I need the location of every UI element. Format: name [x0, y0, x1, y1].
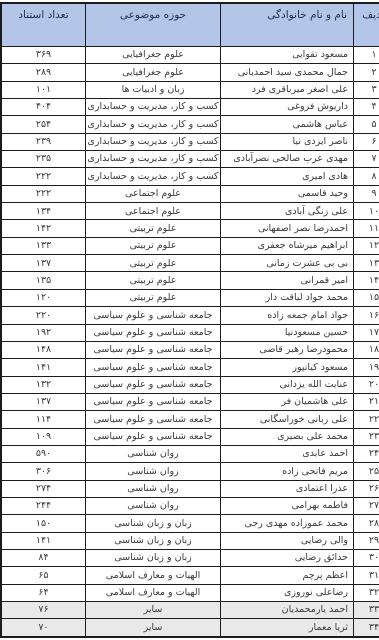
rank-cell: ۱۰ — [335, 203, 377, 220]
citations-cell: ۱۰۹ — [0, 428, 67, 445]
name-cell: مهدی عرب صالحی نصرآبادی — [202, 151, 335, 168]
subject-cell: سایر — [67, 602, 202, 619]
citations-cell: ۱۰۱ — [0, 81, 67, 98]
rank-cell: ۲۶ — [335, 480, 377, 497]
table-header: ردیف نام و نام خانوادگی حوزه موضوعی تعدا… — [0, 3, 376, 47]
citations-cell: ۴۰۴ — [0, 99, 67, 116]
name-cell: والی رضایی — [202, 532, 335, 549]
table-row: ۵عباس هاشمیکسب و کار، مدیریت و حسابداری۲… — [0, 116, 376, 133]
table-row: ۱۷حسین مسعودنیاجامعه شناسی و علوم سیاسی۱… — [0, 324, 376, 341]
name-cell: فاطمه بهرامی — [202, 497, 335, 514]
citation-table-wrapper: ردیف نام و نام خانوادگی حوزه موضوعی تعدا… — [2, 2, 377, 638]
name-cell: محمد جواد لیاقت دار — [202, 289, 335, 306]
subject-cell: جامعه شناسی و علوم سیاسی — [67, 428, 202, 445]
table-row: ۳۰حدائق رضاییزبان و زبان شناسی۸۴ — [0, 549, 376, 566]
name-cell: مسعود تقوایی — [202, 47, 335, 64]
subject-cell: زبان و زبان شناسی — [67, 532, 202, 549]
citations-cell: ۳۰۶ — [0, 463, 67, 480]
name-cell: رضاعلی نوروزی — [202, 584, 335, 601]
rank-cell: ۳۰ — [335, 549, 377, 566]
subject-cell: علوم تربیتی — [67, 255, 202, 272]
citations-cell: ۱۳۷ — [0, 255, 67, 272]
name-cell: علی ربانی خوراسگانی — [202, 411, 335, 428]
citations-cell: ۱۹۲ — [0, 324, 67, 341]
name-cell: محمد علی بصیری — [202, 428, 335, 445]
citations-cell: ۱۳۷ — [0, 393, 67, 410]
subject-cell: کسب و کار، مدیریت و حسابداری — [67, 99, 202, 116]
table-row: ۱۶جواد امام جمعه زادهجامعه شناسی و علوم … — [0, 307, 376, 324]
table-row: ۳۴ثریا معمارسایر۷۰ — [0, 619, 376, 637]
subject-cell: روان شناسی — [67, 480, 202, 497]
rank-cell: ۲ — [335, 64, 377, 81]
table-row: ۳۲رضاعلی نوروزیالهیات و معارف اسلامی۶۴ — [0, 584, 376, 601]
rank-cell: ۲۴ — [335, 445, 377, 462]
table-row: ۲۲علی ربانی خوراسگانیجامعه شناسی و علوم … — [0, 411, 376, 428]
subject-cell: کسب و کار، مدیریت و حسابداری — [67, 151, 202, 168]
table-row: ۳۱اعظم پرچمالهیات و معارف اسلامی۶۵ — [0, 567, 376, 584]
name-cell: وحید قاسمی — [202, 185, 335, 202]
rank-cell: ۹ — [335, 185, 377, 202]
name-cell: ثریا معمار — [202, 619, 335, 637]
table-row: ۱۳بی بی عشرت زمانیعلوم تربیتی۱۳۷ — [0, 255, 376, 272]
citations-cell: ۱۵۰ — [0, 515, 67, 532]
name-cell: عذرا اعتمادی — [202, 480, 335, 497]
rank-cell: ۲۱ — [335, 393, 377, 410]
rank-cell: ۱۵ — [335, 289, 377, 306]
subject-cell: علوم جغرافیایی — [67, 47, 202, 64]
citations-cell: ۷۰ — [0, 619, 67, 637]
rank-cell: ۱۳ — [335, 255, 377, 272]
name-cell: عباس هاشمی — [202, 116, 335, 133]
subject-cell: علوم تربیتی — [67, 237, 202, 254]
citations-cell: ۱۳۵ — [0, 272, 67, 289]
name-cell: جواد امام جمعه زاده — [202, 307, 335, 324]
subject-cell: علوم تربیتی — [67, 220, 202, 237]
subject-cell: الهیات و معارف اسلامی — [67, 584, 202, 601]
name-cell: محمد عموزاده مهدی رجی — [202, 515, 335, 532]
subject-cell: سایر — [67, 619, 202, 637]
rank-cell: ۱۲ — [335, 237, 377, 254]
table-row: ۲۹والی رضاییزبان و زبان شناسی۱۴۱ — [0, 532, 376, 549]
table-row: ۶ناصر ایزدی نیاکسب و کار، مدیریت و حسابد… — [0, 133, 376, 150]
subject-cell: کسب و کار، مدیریت و حسابداری — [67, 116, 202, 133]
rank-cell: ۳۳ — [335, 602, 377, 619]
rank-cell: ۳۴ — [335, 619, 377, 637]
name-cell: حسین مسعودنیا — [202, 324, 335, 341]
citations-cell: ۶۴ — [0, 584, 67, 601]
subject-cell: علوم اجتماعی — [67, 203, 202, 220]
subject-cell: علوم تربیتی — [67, 289, 202, 306]
name-cell: محمودرضا رهبر قاضی — [202, 341, 335, 358]
rank-cell: ۲۰ — [335, 376, 377, 393]
rank-cell: ۶ — [335, 133, 377, 150]
subject-cell: جامعه شناسی و علوم سیاسی — [67, 324, 202, 341]
citations-cell: ۲۲۰ — [0, 307, 67, 324]
name-cell: مریم فاتحی زاده — [202, 463, 335, 480]
table-row: ۱۹مسعود کیانپورجامعه شناسی و علوم سیاسی۱… — [0, 359, 376, 376]
table-row: ۲۵مریم فاتحی زادهروان شناسی۳۰۶ — [0, 463, 376, 480]
subject-cell: روان شناسی — [67, 463, 202, 480]
citation-table: ردیف نام و نام خانوادگی حوزه موضوعی تعدا… — [0, 2, 377, 638]
name-cell: عنایت الله یزدانی — [202, 376, 335, 393]
name-cell: امیر قمرانی — [202, 272, 335, 289]
citations-cell: ۷۶ — [0, 602, 67, 619]
rank-cell: ۸ — [335, 168, 377, 185]
subject-cell: الهیات و معارف اسلامی — [67, 567, 202, 584]
rank-cell: ۲۲ — [335, 411, 377, 428]
name-cell: احمد یارمحمدیان — [202, 602, 335, 619]
subject-cell: جامعه شناسی و علوم سیاسی — [67, 359, 202, 376]
table-row: ۱مسعود تقواییعلوم جغرافیایی۳۶۹ — [0, 47, 376, 64]
table-row: ۲۳محمد علی بصیریجامعه شناسی و علوم سیاسی… — [0, 428, 376, 445]
citations-cell: ۲۲۲ — [0, 185, 67, 202]
rank-cell: ۳ — [335, 81, 377, 98]
rank-cell: ۷ — [335, 151, 377, 168]
citations-cell: ۸۴ — [0, 549, 67, 566]
table-row: ۷مهدی عرب صالحی نصرآبادیکسب و کار، مدیری… — [0, 151, 376, 168]
subject-cell: جامعه شناسی و علوم سیاسی — [67, 376, 202, 393]
table-row: ۱۰علی زنگی آبادیعلوم اجتماعی۱۳۴ — [0, 203, 376, 220]
name-cell: اعظم پرچم — [202, 567, 335, 584]
citations-cell: ۲۵۴ — [0, 116, 67, 133]
rank-cell: ۴ — [335, 99, 377, 116]
header-row: ردیف نام و نام خانوادگی حوزه موضوعی تعدا… — [0, 3, 376, 47]
citations-cell: ۲۴۴ — [0, 497, 67, 514]
subject-cell: زبان و زبان شناسی — [67, 549, 202, 566]
header-name: نام و نام خانوادگی — [202, 3, 335, 47]
name-cell: داریوش فروغی — [202, 99, 335, 116]
rank-cell: ۲۵ — [335, 463, 377, 480]
table-row: ۳۳احمد یارمحمدیانسایر۷۶ — [0, 602, 376, 619]
table-row: ۳علی اصغر میرباقری فردزبان و ادبیات ها۱۰… — [0, 81, 376, 98]
subject-cell: علوم اجتماعی — [67, 185, 202, 202]
citations-cell: ۲۲۲ — [0, 168, 67, 185]
table-row: ۲۶عذرا اعتمادیروان شناسی۲۷۴ — [0, 480, 376, 497]
name-cell: جمال محمدی سید احمدیانی — [202, 64, 335, 81]
citations-cell: ۲۳۹ — [0, 133, 67, 150]
rank-cell: ۱۶ — [335, 307, 377, 324]
rank-cell: ۲۳ — [335, 428, 377, 445]
citations-cell: ۱۴۱ — [0, 532, 67, 549]
citations-cell: ۳۶۹ — [0, 47, 67, 64]
subject-cell: روان شناسی — [67, 497, 202, 514]
rank-cell: ۳۲ — [335, 584, 377, 601]
table-row: ۲۰عنایت الله یزدانیجامعه شناسی و علوم سی… — [0, 376, 376, 393]
subject-cell: کسب و کار، مدیریت و حسابداری — [67, 168, 202, 185]
subject-cell: علوم جغرافیایی — [67, 64, 202, 81]
subject-cell: کسب و کار، مدیریت و حسابداری — [67, 133, 202, 150]
subject-cell: روان شناسی — [67, 445, 202, 462]
citations-cell: ۲۷۴ — [0, 480, 67, 497]
citations-cell: ۲۳۵ — [0, 151, 67, 168]
citations-cell: ۶۵ — [0, 567, 67, 584]
table-row: ۱۴امیر قمرانیعلوم تربیتی۱۳۵ — [0, 272, 376, 289]
name-cell: علی اصغر میرباقری فرد — [202, 81, 335, 98]
name-cell: هادی امیری — [202, 168, 335, 185]
table-row: ۹وحید قاسمیعلوم اجتماعی۲۲۲ — [0, 185, 376, 202]
subject-cell: جامعه شناسی و علوم سیاسی — [67, 341, 202, 358]
name-cell: علی زنگی آبادی — [202, 203, 335, 220]
name-cell: علی هاشمیان فر — [202, 393, 335, 410]
table-row: ۲۸محمد عموزاده مهدی رجیزبان و زبان شناسی… — [0, 515, 376, 532]
citations-cell: ۲۸۹ — [0, 64, 67, 81]
name-cell: مسعود کیانپور — [202, 359, 335, 376]
table-row: ۲جمال محمدی سید احمدیانیعلوم جغرافیایی۲۸… — [0, 64, 376, 81]
name-cell: بی بی عشرت زمانی — [202, 255, 335, 272]
rank-cell: ۲۷ — [335, 497, 377, 514]
name-cell: ابراهیم میرشاه جعفری — [202, 237, 335, 254]
rank-cell: ۳۱ — [335, 567, 377, 584]
table-row: ۱۲ابراهیم میرشاه جعفریعلوم تربیتی۱۳۳ — [0, 237, 376, 254]
rank-cell: ۱۸ — [335, 341, 377, 358]
subject-cell: علوم تربیتی — [67, 272, 202, 289]
citations-cell: ۱۳۴ — [0, 203, 67, 220]
rank-cell: ۱۹ — [335, 359, 377, 376]
header-rank: ردیف — [335, 3, 377, 47]
citations-cell: ۱۴۱ — [0, 359, 67, 376]
subject-cell: جامعه شناسی و علوم سیاسی — [67, 393, 202, 410]
citations-cell: ۱۳۲ — [0, 376, 67, 393]
table-row: ۱۱احمدرضا نصر اصفهانیعلوم تربیتی۱۴۲ — [0, 220, 376, 237]
table-row: ۴داریوش فروغیکسب و کار، مدیریت و حسابدار… — [0, 99, 376, 116]
name-cell: حدائق رضایی — [202, 549, 335, 566]
rank-cell: ۲۸ — [335, 515, 377, 532]
citations-cell: ۱۳۳ — [0, 237, 67, 254]
citations-cell: ۱۴۲ — [0, 220, 67, 237]
subject-cell: زبان و ادبیات ها — [67, 81, 202, 98]
rank-cell: ۱۷ — [335, 324, 377, 341]
table-row: ۱۸محمودرضا رهبر قاضیجامعه شناسی و علوم س… — [0, 341, 376, 358]
citations-cell: ۱۲۰ — [0, 289, 67, 306]
subject-cell: جامعه شناسی و علوم سیاسی — [67, 411, 202, 428]
header-subject: حوزه موضوعی — [67, 3, 202, 47]
citations-cell: ۱۱۴ — [0, 411, 67, 428]
rank-cell: ۱۴ — [335, 272, 377, 289]
citations-cell: ۵۹۰ — [0, 445, 67, 462]
header-citations: تعداد استناد — [0, 3, 67, 47]
table-row: ۱۵محمد جواد لیاقت دارعلوم تربیتی۱۲۰ — [0, 289, 376, 306]
table-body: ۱مسعود تقواییعلوم جغرافیایی۳۶۹۲جمال محمد… — [0, 47, 376, 638]
name-cell: ناصر ایزدی نیا — [202, 133, 335, 150]
rank-cell: ۲۹ — [335, 532, 377, 549]
table-row: ۲۷فاطمه بهرامیروان شناسی۲۴۴ — [0, 497, 376, 514]
citations-cell: ۱۴۸ — [0, 341, 67, 358]
name-cell: احمد عابدی — [202, 445, 335, 462]
name-cell: احمدرضا نصر اصفهانی — [202, 220, 335, 237]
rank-cell: ۱ — [335, 47, 377, 64]
subject-cell: جامعه شناسی و علوم سیاسی — [67, 307, 202, 324]
rank-cell: ۵ — [335, 116, 377, 133]
table-row: ۲۴احمد عابدیروان شناسی۵۹۰ — [0, 445, 376, 462]
table-row: ۸هادی امیریکسب و کار، مدیریت و حسابداری۲… — [0, 168, 376, 185]
subject-cell: زبان و زبان شناسی — [67, 515, 202, 532]
table-row: ۲۱علی هاشمیان فرجامعه شناسی و علوم سیاسی… — [0, 393, 376, 410]
rank-cell: ۱۱ — [335, 220, 377, 237]
